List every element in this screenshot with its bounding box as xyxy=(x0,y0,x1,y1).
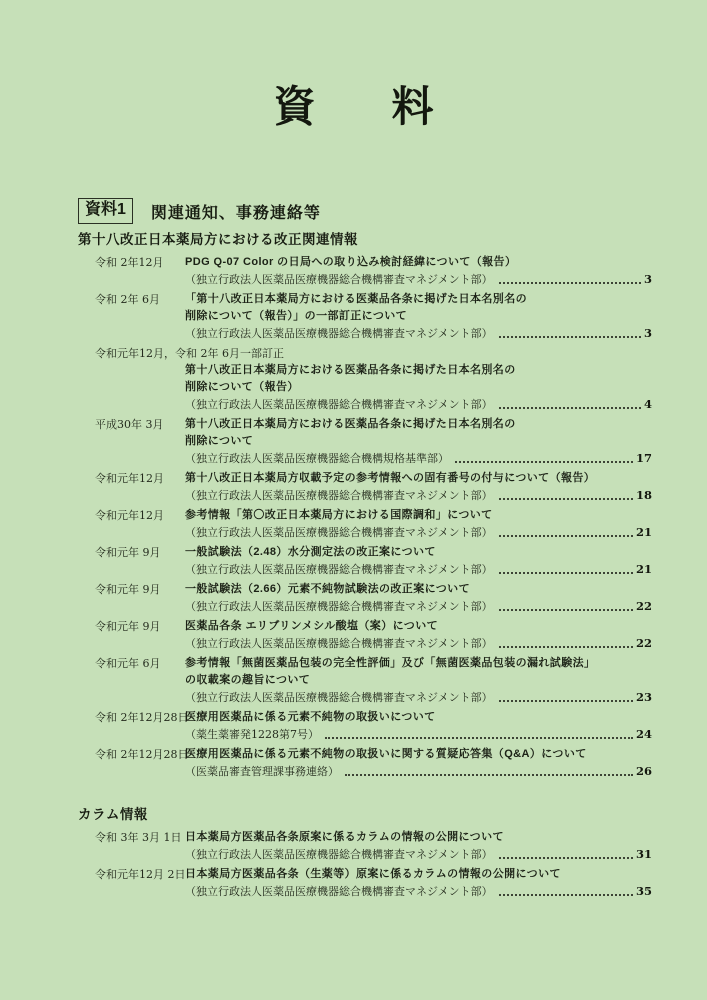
entry-content: PDG Q-07 Color の日局への取り込み検討経緯について（報告）（独立行… xyxy=(185,254,652,288)
entry-page-number: 3 xyxy=(644,325,652,342)
entry-content: 参考情報「無菌医薬品包装の完全性評価」及び「無菌医薬品包装の漏れ試験法」の収載案… xyxy=(185,655,652,706)
entry-content: 参考情報「第〇改正日本薬局方における国際調和」について（独立行政法人医薬品医療機… xyxy=(185,507,652,541)
entry-title-line: 一般試験法（2.48）水分測定法の改正案について xyxy=(185,544,652,561)
toc-section: カラム情報令和 3年 3月 1日日本薬局方医薬品各条原案に係るカラムの情報の公開… xyxy=(78,806,652,900)
dotted-leader xyxy=(499,646,633,648)
dotted-leader xyxy=(499,498,633,500)
entry-source-line: （独立行政法人医薬品医療機器総合機構審査マネジメント部）22 xyxy=(185,598,652,615)
entry-source-line: （医薬品審査管理課事務連絡）26 xyxy=(185,763,652,780)
entry-source: （独立行政法人医薬品医療機器総合機構審査マネジメント部） xyxy=(185,598,493,615)
entry-source-line: （独立行政法人医薬品医療機器総合機構審査マネジメント部）21 xyxy=(185,524,652,541)
entry-source: （独立行政法人医薬品医療機器総合機構審査マネジメント部） xyxy=(185,561,493,578)
entry-source-line: （薬生薬審発1228第7号）24 xyxy=(185,726,652,743)
entry-source-line: （独立行政法人医薬品医療機器総合機構審査マネジメント部）31 xyxy=(185,846,652,863)
toc-entry: 令和元年12月 2日日本薬局方医薬品各条（生薬等）原案に係るカラムの情報の公開に… xyxy=(78,866,652,900)
entry-source: （独立行政法人医薬品医療機器総合機構規格基準部） xyxy=(185,450,449,467)
entry-title-line: 第十八改正日本薬局方における医薬品各条に掲げた日本名別名の xyxy=(185,362,652,379)
dotted-leader xyxy=(455,461,633,463)
entry-title-line: 参考情報「無菌医薬品包装の完全性評価」及び「無菌医薬品包装の漏れ試験法」 xyxy=(185,655,652,672)
entry-source-line: （独立行政法人医薬品医療機器総合機構規格基準部）17 xyxy=(185,450,652,467)
toc-entry: 令和元年 9月一般試験法（2.48）水分測定法の改正案について（独立行政法人医薬… xyxy=(78,544,652,578)
entry-date: 令和元年12月 xyxy=(95,470,185,504)
entry-date: 令和 2年12月28日 xyxy=(95,746,185,780)
entry-date: 令和元年12月 xyxy=(95,507,185,541)
entry-source-line: （独立行政法人医薬品医療機器総合機構審査マネジメント部）21 xyxy=(185,561,652,578)
entry-page-number: 24 xyxy=(636,726,652,743)
entry-page-number: 35 xyxy=(636,883,652,900)
entry-date: 令和元年 6月 xyxy=(95,655,185,706)
entry-source: （独立行政法人医薬品医療機器総合機構審査マネジメント部） xyxy=(185,689,493,706)
entry-page-number: 21 xyxy=(636,561,652,578)
entry-date: 令和元年 9月 xyxy=(95,581,185,615)
entry-page-number: 23 xyxy=(636,689,652,706)
toc-entry: 令和 2年12月PDG Q-07 Color の日局への取り込み検討経緯について… xyxy=(78,254,652,288)
entry-date: 令和 2年 6月 xyxy=(95,291,185,342)
entry-source-line: （独立行政法人医薬品医療機器総合機構審査マネジメント部）35 xyxy=(185,883,652,900)
toc-section: 第十八改正日本薬局方における改正関連情報令和 2年12月PDG Q-07 Col… xyxy=(78,231,652,780)
entry-title-line: PDG Q-07 Color の日局への取り込み検討経緯について（報告） xyxy=(185,254,652,271)
toc-entry: 令和 2年12月28日医療用医薬品に係る元素不純物の取扱いに関する質疑応答集（Q… xyxy=(78,746,652,780)
entry-source: （独立行政法人医薬品医療機器総合機構審査マネジメント部） xyxy=(185,524,493,541)
entry-content: 日本薬局方医薬品各条（生薬等）原案に係るカラムの情報の公開について（独立行政法人… xyxy=(185,866,652,900)
entry-content: 医療用医薬品に係る元素不純物の取扱いについて（薬生薬審発1228第7号）24 xyxy=(185,709,652,743)
entry-title-line: 医療用医薬品に係る元素不純物の取扱いについて xyxy=(185,709,652,726)
section-heading: 第十八改正日本薬局方における改正関連情報 xyxy=(78,231,652,248)
document-header: 資料1 関連通知、事務連絡等 xyxy=(78,198,707,224)
toc-entry: 令和元年12月第十八改正日本薬局方収載予定の参考情報への固有番号の付与について（… xyxy=(78,470,652,504)
entry-date: 令和元年 9月 xyxy=(95,618,185,652)
entry-title-line: 日本薬局方医薬品各条原案に係るカラムの情報の公開について xyxy=(185,829,652,846)
toc-entry: 令和元年12月参考情報「第〇改正日本薬局方における国際調和」について（独立行政法… xyxy=(78,507,652,541)
entry-page-number: 17 xyxy=(636,450,652,467)
entry-source: （医薬品審査管理課事務連絡） xyxy=(185,763,339,780)
toc-entry: 令和元年 9月医薬品各条 エリブリンメシル酸塩（案）について（独立行政法人医薬品… xyxy=(78,618,652,652)
dotted-leader xyxy=(345,774,633,776)
entry-content: 医薬品各条 エリブリンメシル酸塩（案）について（独立行政法人医薬品医療機器総合機… xyxy=(185,618,652,652)
entry-date: 令和元年12月，令和 2年 6月一部訂正 xyxy=(95,345,652,362)
toc-entry: 令和元年 6月参考情報「無菌医薬品包装の完全性評価」及び「無菌医薬品包装の漏れ試… xyxy=(78,655,652,706)
entry-page-number: 21 xyxy=(636,524,652,541)
entry-content: 第十八改正日本薬局方における医薬品各条に掲げた日本名別名の削除について（報告）（… xyxy=(185,362,652,413)
entry-source-line: （独立行政法人医薬品医療機器総合機構審査マネジメント部）22 xyxy=(185,635,652,652)
header-title: 関連通知、事務連絡等 xyxy=(151,200,321,223)
entry-page-number: 22 xyxy=(636,598,652,615)
entry-page-number: 22 xyxy=(636,635,652,652)
dotted-leader xyxy=(325,737,633,739)
entry-source-line: （独立行政法人医薬品医療機器総合機構審査マネジメント部）3 xyxy=(185,271,652,288)
section-heading: カラム情報 xyxy=(78,806,652,823)
entry-page-number: 26 xyxy=(636,763,652,780)
entry-title-line: 第十八改正日本薬局方収載予定の参考情報への固有番号の付与について（報告） xyxy=(185,470,652,487)
entry-page-number: 3 xyxy=(644,271,652,288)
entry-source: （独立行政法人医薬品医療機器総合機構審査マネジメント部） xyxy=(185,635,493,652)
dotted-leader xyxy=(499,857,633,859)
entry-title-line: の収載案の趣旨について xyxy=(185,672,652,689)
entry-content: 第十八改正日本薬局方収載予定の参考情報への固有番号の付与について（報告）（独立行… xyxy=(185,470,652,504)
page-title: 資 料 xyxy=(0,0,707,130)
dotted-leader xyxy=(499,894,633,896)
toc-entry: 平成30年 3月第十八改正日本薬局方における医薬品各条に掲げた日本名別名の削除に… xyxy=(78,416,652,467)
entry-page-number: 31 xyxy=(636,846,652,863)
entry-content: 一般試験法（2.66）元素不純物試験法の改正案について（独立行政法人医薬品医療機… xyxy=(185,581,652,615)
toc-entry: 令和 2年12月28日医療用医薬品に係る元素不純物の取扱いについて（薬生薬審発1… xyxy=(78,709,652,743)
entry-title-line: 参考情報「第〇改正日本薬局方における国際調和」について xyxy=(185,507,652,524)
dotted-leader xyxy=(499,700,633,702)
entry-title-line: 日本薬局方医薬品各条（生薬等）原案に係るカラムの情報の公開について xyxy=(185,866,652,883)
toc-entry: 令和 2年 6月「第十八改正日本薬局方における医薬品各条に掲げた日本名別名の削除… xyxy=(78,291,652,342)
entry-source-line: （独立行政法人医薬品医療機器総合機構審査マネジメント部）18 xyxy=(185,487,652,504)
entry-content: 医療用医薬品に係る元素不純物の取扱いに関する質疑応答集（Q&A）について（医薬品… xyxy=(185,746,652,780)
entry-date: 平成30年 3月 xyxy=(95,416,185,467)
entry-title-line: 医薬品各条 エリブリンメシル酸塩（案）について xyxy=(185,618,652,635)
scanned-document-page: 資 料 資料1 関連通知、事務連絡等 第十八改正日本薬局方における改正関連情報令… xyxy=(0,0,707,1000)
dotted-leader xyxy=(499,572,633,574)
entry-date: 令和 2年12月 xyxy=(95,254,185,288)
entry-source: （独立行政法人医薬品医療機器総合機構審査マネジメント部） xyxy=(185,487,493,504)
entry-source: （独立行政法人医薬品医療機器総合機構審査マネジメント部） xyxy=(185,883,493,900)
entry-source-line: （独立行政法人医薬品医療機器総合機構審査マネジメント部）4 xyxy=(185,396,652,413)
entry-page-number: 4 xyxy=(644,396,652,413)
toc-entry: 令和 3年 3月 1日日本薬局方医薬品各条原案に係るカラムの情報の公開について（… xyxy=(78,829,652,863)
toc-entry: 令和元年12月，令和 2年 6月一部訂正第十八改正日本薬局方における医薬品各条に… xyxy=(78,345,652,413)
entry-date: 令和 3年 3月 1日 xyxy=(95,829,185,863)
entry-title-line: 「第十八改正日本薬局方における医薬品各条に掲げた日本名別名の xyxy=(185,291,652,308)
toc-entry: 令和元年 9月一般試験法（2.66）元素不純物試験法の改正案について（独立行政法… xyxy=(78,581,652,615)
entry-title-line: 削除について（報告） xyxy=(185,379,652,396)
entry-source: （独立行政法人医薬品医療機器総合機構審査マネジメント部） xyxy=(185,271,493,288)
entry-source: （独立行政法人医薬品医療機器総合機構審査マネジメント部） xyxy=(185,325,493,342)
entry-content: 日本薬局方医薬品各条原案に係るカラムの情報の公開について（独立行政法人医薬品医療… xyxy=(185,829,652,863)
entry-title-line: 削除について（報告）」の一部訂正について xyxy=(185,308,652,325)
entry-source: （薬生薬審発1228第7号） xyxy=(185,726,319,743)
entry-content: 「第十八改正日本薬局方における医薬品各条に掲げた日本名別名の削除について（報告）… xyxy=(185,291,652,342)
dotted-leader xyxy=(499,336,641,338)
entry-source: （独立行政法人医薬品医療機器総合機構審査マネジメント部） xyxy=(185,846,493,863)
entry-title-line: 一般試験法（2.66）元素不純物試験法の改正案について xyxy=(185,581,652,598)
entry-content: 一般試験法（2.48）水分測定法の改正案について（独立行政法人医薬品医療機器総合… xyxy=(185,544,652,578)
dotted-leader xyxy=(499,535,633,537)
entry-title-line: 第十八改正日本薬局方における医薬品各条に掲げた日本名別名の xyxy=(185,416,652,433)
entry-page-number: 18 xyxy=(636,487,652,504)
entry-source: （独立行政法人医薬品医療機器総合機構審査マネジメント部） xyxy=(185,396,493,413)
dotted-leader xyxy=(499,282,641,284)
dotted-leader xyxy=(499,407,641,409)
entry-content: 第十八改正日本薬局方における医薬品各条に掲げた日本名別名の削除について（独立行政… xyxy=(185,416,652,467)
dotted-leader xyxy=(499,609,633,611)
toc: 第十八改正日本薬局方における改正関連情報令和 2年12月PDG Q-07 Col… xyxy=(78,231,652,900)
entry-title-line: 削除について xyxy=(185,433,652,450)
entry-source-line: （独立行政法人医薬品医療機器総合機構審査マネジメント部）3 xyxy=(185,325,652,342)
entry-date: 令和 2年12月28日 xyxy=(95,709,185,743)
shiryo-1-box-label: 資料1 xyxy=(78,198,133,224)
entry-date: 令和元年12月 2日 xyxy=(95,866,185,900)
entry-source-line: （独立行政法人医薬品医療機器総合機構審査マネジメント部）23 xyxy=(185,689,652,706)
entry-date: 令和元年 9月 xyxy=(95,544,185,578)
entry-title-line: 医療用医薬品に係る元素不純物の取扱いに関する質疑応答集（Q&A）について xyxy=(185,746,652,763)
